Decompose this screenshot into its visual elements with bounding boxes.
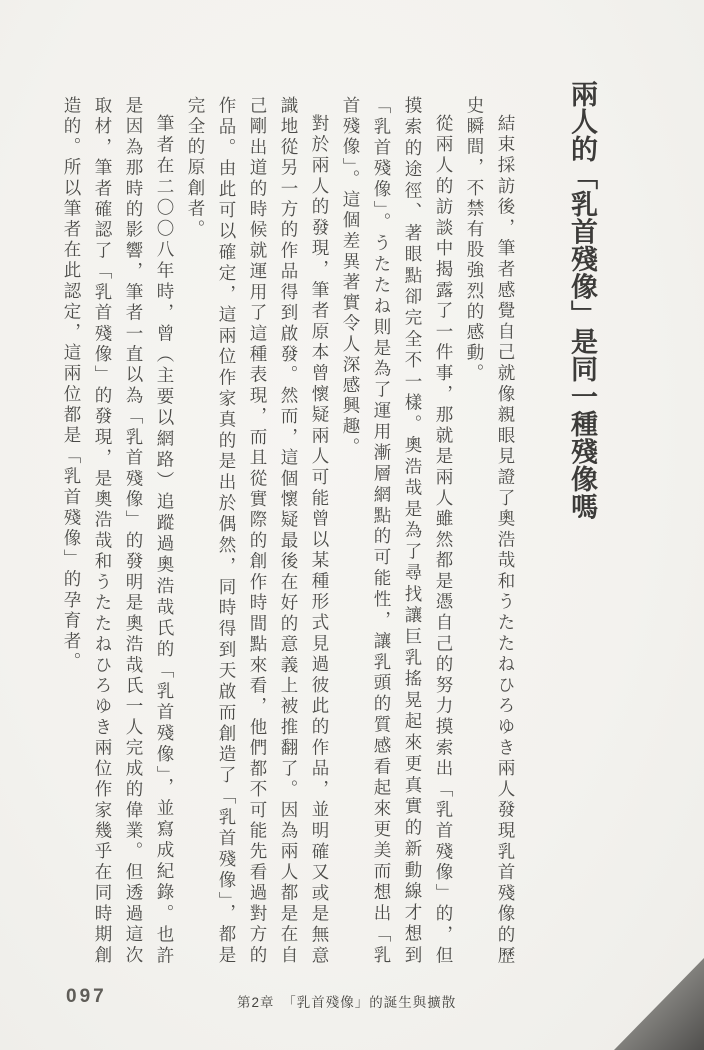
paragraph-2: 從兩人的訪談中揭露了一件事，那就是兩人雖然都是憑自己的努力摸索出「乳首殘像」的，… [335, 96, 459, 966]
paragraph-1: 結束採訪後，筆者感覺自己就像親眼見證了奧浩哉和うたたねひろゆき兩人發現乳首殘像的… [459, 96, 521, 966]
chapter-label: 第2章 「乳首殘像」的誕生與擴散 [237, 991, 456, 1011]
paragraph-4: 筆者在二〇〇八年時，曾（主要以網路）追蹤過奧浩哉氏的「乳首殘像」，並寫成紀錄。也… [56, 96, 180, 966]
page-number: 097 [66, 986, 107, 1008]
body-text: 結束採訪後，筆者感覺自己就像親眼見證了奧浩哉和うたたねひろゆき兩人發現乳首殘像的… [56, 96, 521, 966]
page-footer: 097 第2章 「乳首殘像」的誕生與擴散 [0, 984, 704, 1012]
paragraph-3: 對於兩人的發現，筆者原本曾懷疑兩人可能曾以某種形式見過彼此的作品，並明確又或是無… [180, 96, 335, 966]
section-heading: 兩人的「乳首殘像」是同一種殘像嗎 [564, 80, 600, 520]
book-page: 兩人的「乳首殘像」是同一種殘像嗎 結束採訪後，筆者感覺自己就像親眼見證了奧浩哉和… [0, 0, 704, 1050]
